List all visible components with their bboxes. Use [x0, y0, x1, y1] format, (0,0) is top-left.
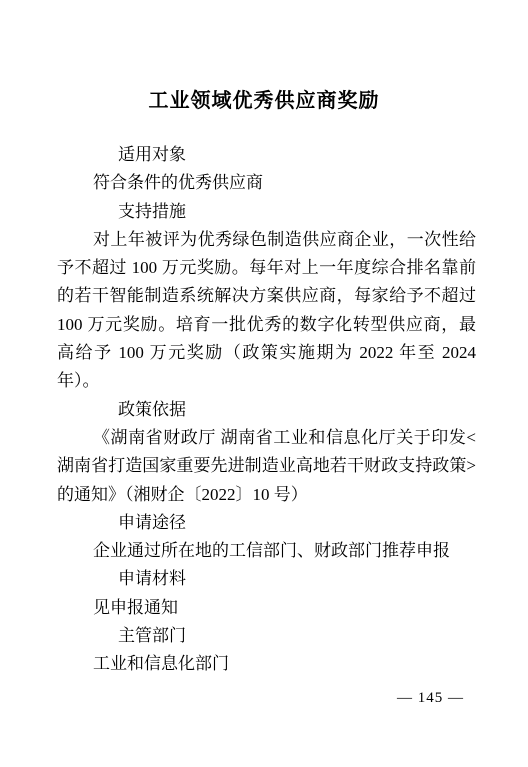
document-page: 工业领域优秀供应商奖励 适用对象 符合条件的优秀供应商 支持措施 对上年被评为优…: [0, 0, 528, 767]
section-heading: 申请途径: [118, 509, 476, 537]
document-content: 适用对象 符合条件的优秀供应商 支持措施 对上年被评为优秀绿色制造供应商企业，一…: [0, 141, 528, 679]
section-policy-basis: 政策依据 《湖南省财政厅 湖南省工业和信息化厅关于印发<湖南省打造国家重要先进制…: [57, 396, 476, 509]
section-body: 工业和信息化部门: [57, 650, 476, 678]
section-body: 见申报通知: [57, 594, 476, 622]
section-heading: 适用对象: [118, 141, 476, 169]
section-support-measures: 支持措施 对上年被评为优秀绿色制造供应商企业，一次性给予不超过 100 万元奖励…: [57, 198, 476, 396]
section-application-channel: 申请途径 企业通过所在地的工信部门、财政部门推荐申报: [57, 509, 476, 566]
page-title: 工业领域优秀供应商奖励: [0, 88, 528, 114]
section-body: 《湖南省财政厅 湖南省工业和信息化厅关于印发<湖南省打造国家重要先进制造业高地若…: [57, 424, 476, 509]
section-body: 对上年被评为优秀绿色制造供应商企业，一次性给予不超过 100 万元奖励。每年对上…: [57, 226, 476, 396]
section-body: 符合条件的优秀供应商: [57, 169, 476, 197]
page-number: — 145 —: [397, 690, 464, 707]
section-heading: 申请材料: [118, 565, 476, 593]
section-application-materials: 申请材料 见申报通知: [57, 565, 476, 622]
section-heading: 主管部门: [118, 622, 476, 650]
section-competent-department: 主管部门 工业和信息化部门: [57, 622, 476, 679]
section-body: 企业通过所在地的工信部门、财政部门推荐申报: [57, 537, 476, 565]
section-heading: 支持措施: [118, 198, 476, 226]
section-heading: 政策依据: [118, 396, 476, 424]
section-applicable-target: 适用对象 符合条件的优秀供应商: [57, 141, 476, 198]
